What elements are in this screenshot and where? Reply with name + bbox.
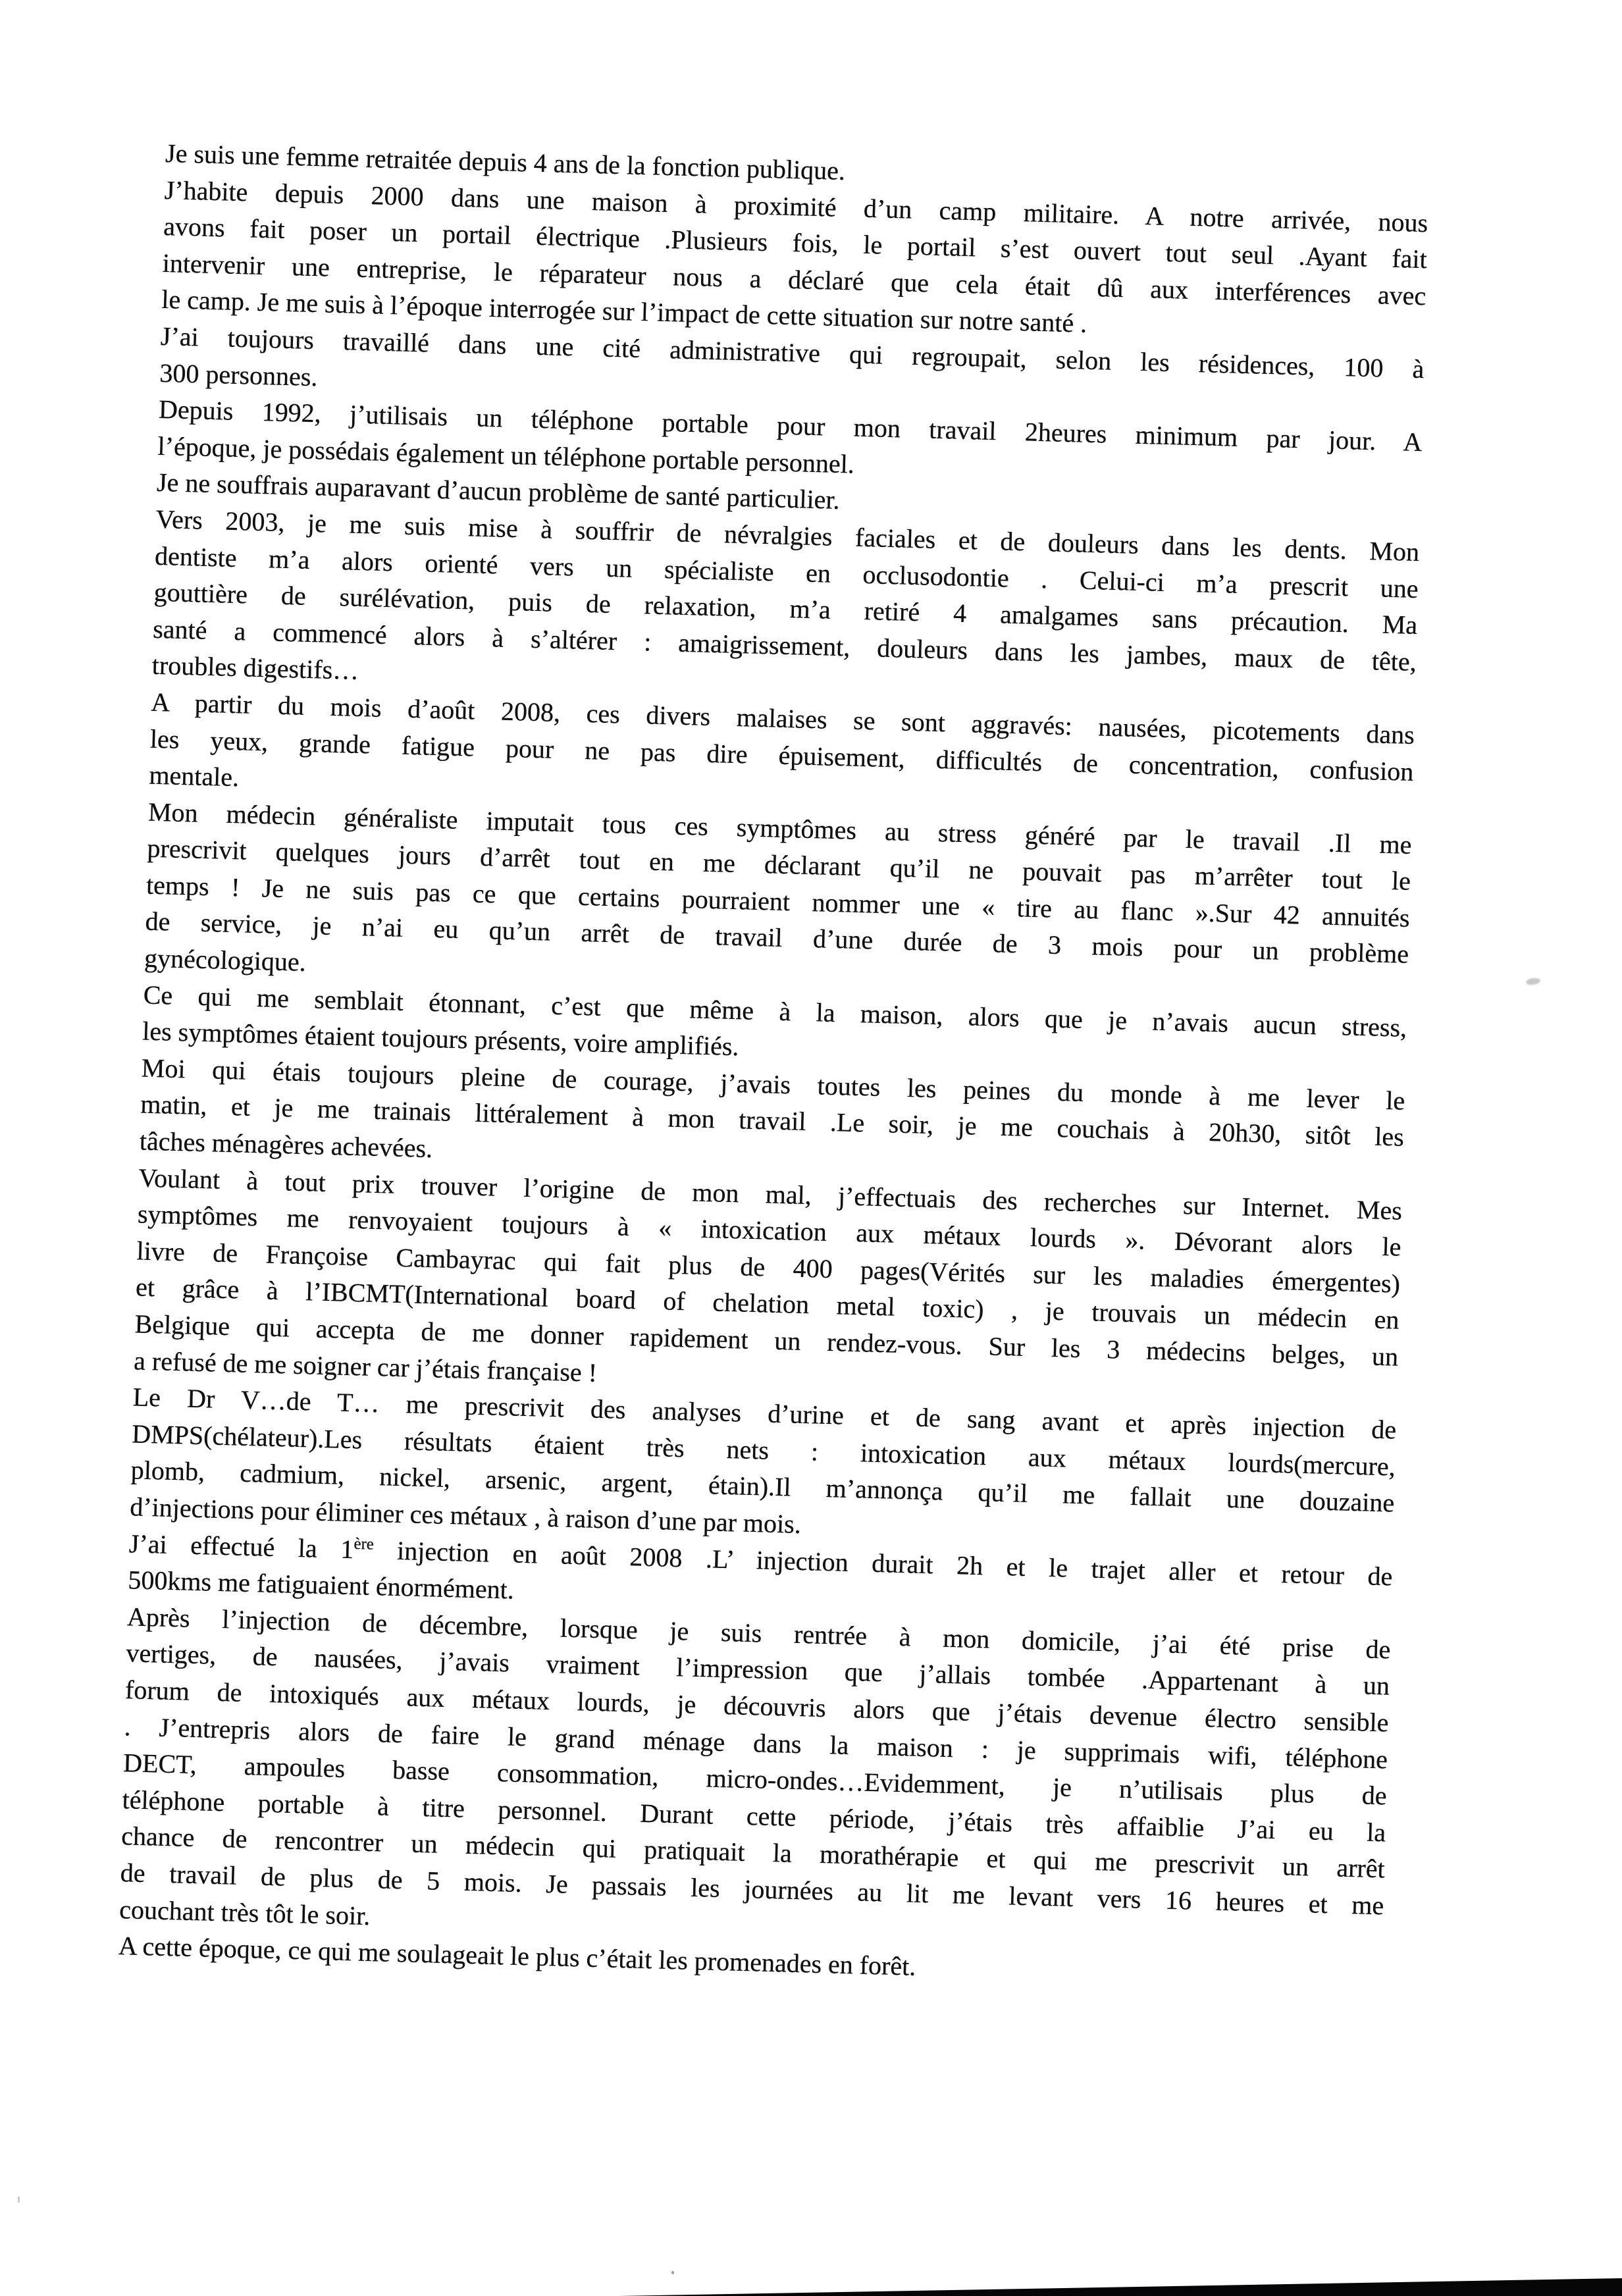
scan-speck: [1525, 978, 1540, 986]
scan-speck: [671, 2271, 674, 2274]
scanner-shadow-artifact: [619, 2274, 1622, 2296]
scan-speck: [18, 2197, 20, 2203]
letter-text: Je suis une femme retraitée depuis 4 ans…: [118, 135, 1429, 1997]
paragraph: Mon médecin généraliste imputait tous ce…: [144, 793, 1413, 1009]
paragraph: Voulant à tout prix trouver l’origine de…: [134, 1159, 1403, 1412]
paragraph: Après l’injection de décembre, lorsque j…: [119, 1598, 1391, 1960]
superscript: ère: [353, 1534, 374, 1553]
paragraph: Vers 2003, je me suis mise à souffrir de…: [151, 501, 1420, 717]
